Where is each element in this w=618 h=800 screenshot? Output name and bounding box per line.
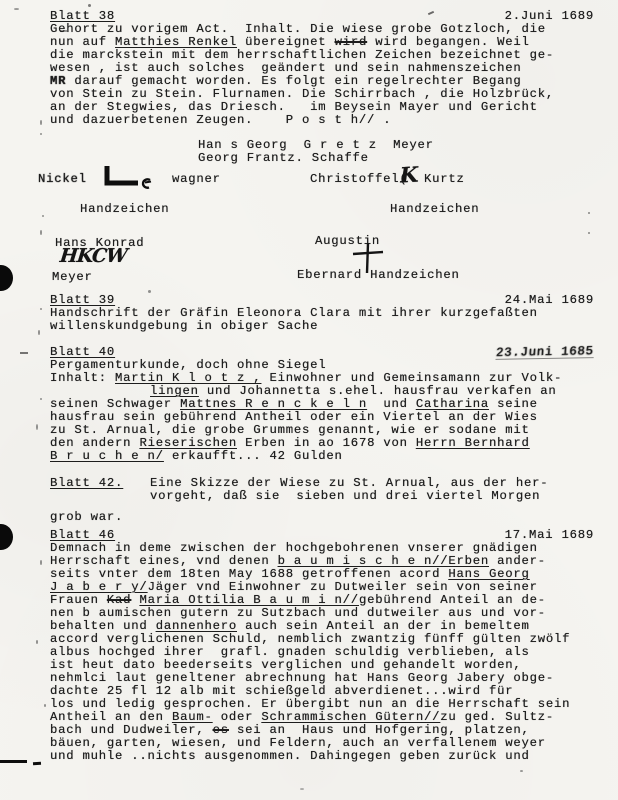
text-segment: den andern [50,436,139,450]
signature-nickel-surname: wagner [172,172,221,186]
signature-christoffel-surname: Kurtz [424,172,465,186]
underlined-name: Martin K l o t z , [115,371,261,385]
struck-word: es [213,723,229,737]
text-segment: wird begangen. Weil [367,35,530,49]
margin-dash-mark [20,352,28,354]
pen-flourish-handmark-icon [100,164,162,196]
underlined-name: Rieserischen [139,436,237,450]
handzeichen-label-right: Handzeichen [390,202,479,216]
underlined-word: Baum- [172,710,213,724]
entry-blatt-42: Blatt 42.Eine Skizze der Wiese zu St. Ar… [50,477,594,524]
text-segment: seine [489,397,538,411]
signature-christoffel: Christoffel( [310,172,408,186]
speck [300,788,304,790]
text-segment: Inhalt: [50,371,115,385]
text-line: und dazuerbetenen Zeugen. P o s t h// . [50,114,594,127]
text-segment: Jäger vnd Einwohner zu Dutweiler sein vo… [148,580,538,594]
scanned-document-page: Blatt 38 2.Juni 1689 Gehort zu vorigem A… [0,0,618,800]
text-segment: oder [213,710,262,724]
speck [42,215,44,217]
text-segment: Einwohner und Gemeinsamann zur Volk- [261,371,562,385]
speck [520,770,523,772]
speck [14,8,19,10]
witness-names: Han s Georg G r e t z Meyer Georg Frantz… [198,139,434,165]
struck-word: wird [335,35,368,49]
underlined-name: Mattnes R e n c k e l n [180,397,367,411]
text-line: und muhle ..nichts ausgenommen. Dahingeg… [50,750,594,763]
speck [40,120,42,125]
text-segment: übereignet [237,35,335,49]
text-segment: behalten und [50,619,156,633]
speck [40,560,42,565]
text-segment: ander- [489,554,546,568]
speck [588,232,590,234]
text-segment: nun auf [50,35,115,49]
text-line: vorgeht, daß sie sieben und drei viertel… [50,490,594,503]
text-segment: Antheil an den [50,710,172,724]
entry-blatt-40: Blatt 40 23.Juni 1685 Pergamenturkunde, … [50,346,594,463]
speck [36,640,38,644]
margin-dash-mark [0,760,27,763]
mr-monogram: MR [50,74,66,88]
text-segment: Herrschaft eines, vnd denen [50,554,278,568]
speck [36,424,38,430]
speck [44,704,46,707]
speck [40,398,42,400]
text-segment: seits vnter dem 18ten May 1688 getroffen… [50,567,448,581]
speck [40,133,42,135]
signature-ebernard: Ebernard Handzeichen [297,268,460,282]
text-segment: und [367,397,416,411]
underlined-name: Maria Ottilia B a u m i n// [139,593,359,607]
underlined-name: b a u m i s c h e n//Erben [278,554,489,568]
text-segment: auch sein Anteil an der in bemeltem [237,619,530,633]
signature-nickel: Nickel [38,172,87,186]
signature-meyer: Meyer [52,270,93,284]
hkcw-monogram: HKCW [59,245,128,267]
text-line: willenskundgebung in obiger Sache [50,320,594,333]
text-segment: und Johannetta s.ehel. hausfrau verkafen… [199,384,557,398]
speck [40,230,42,235]
speck [148,290,151,293]
text-segment: Frauen [50,593,107,607]
speck [60,30,67,32]
handzeichen-label-left: Handzeichen [80,202,169,216]
text-segment: gebührend Anteil an de- [359,593,546,607]
entry-blatt-39: Blatt 39 24.Mai 1689 Handschrift der Grä… [50,294,594,333]
underlined-word: dannenhero [156,619,237,633]
underlined-name: J a b e r y/ [50,580,148,594]
speck [88,4,91,7]
text-line: B r u c h e n/ erkaufft... 42 Gulden [50,450,594,463]
text-line: grob war. [50,511,594,524]
punch-hole-mark [0,265,13,291]
underlined-name: B r u c h e n/ [50,449,164,463]
punch-hole-mark [0,524,13,550]
underlined-name: Herrn Bernhard [416,436,530,450]
blatt-number: Blatt 42. [50,476,123,490]
underlined-word: lingen [150,384,199,398]
text-segment: sei an Haus und Hofgering, platzen, [229,723,530,737]
speck [588,212,590,214]
underlined-name: Matthies Renkel [115,35,237,49]
speck [38,330,40,335]
struck-word: Kad [107,593,131,607]
margin-dash-mark [33,762,41,766]
entry-blatt-38: Blatt 38 2.Juni 1689 Gehort zu vorigem A… [50,10,594,127]
text-segment: seinen Schwager [50,397,180,411]
underlined-name: Schrammischen Gütern// [261,710,440,724]
underlined-name: Catharina [416,397,489,411]
text-segment: bach und Dudweiler, [50,723,213,737]
underlined-name: Hans Georg [448,567,529,581]
text-segment: darauf gemacht worden. Es folgt ein rege… [66,74,521,88]
text-segment: zu ged. Sultz- [440,710,554,724]
entry-date: 23.Juni 1685 [496,345,595,360]
speck [40,308,42,310]
text-segment: Erben in ao 1678 von [237,436,416,450]
k-handmark: K [399,162,419,188]
text-segment: erkaufft... 42 Gulden [164,449,343,463]
entry-blatt-46: Blatt 46 17.Mai 1689 Demnach in deme zwi… [50,529,594,763]
